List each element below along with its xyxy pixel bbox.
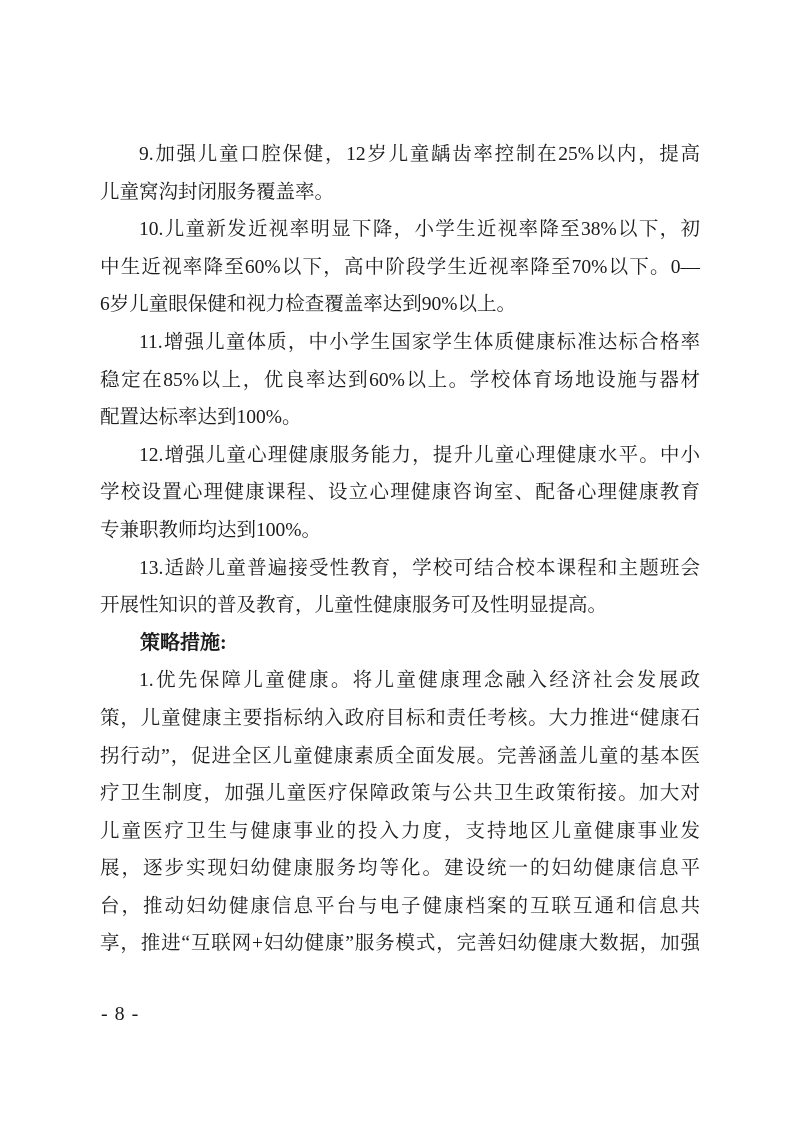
text-line: 9.加强儿童口腔保健，12岁儿童龋齿率控制在25%以内，提高 [100, 136, 700, 174]
text-line: 开展性知识的普及教育，儿童性健康服务可及性明显提高。 [100, 587, 700, 625]
text-line: 配置达标率达到100%。 [100, 399, 700, 437]
text-line: 展，逐步实现妇幼健康服务均等化。建设统一的妇幼健康信息平 [100, 850, 700, 888]
text-line: 享，推进“互联网+妇幼健康”服务模式，完善妇幼健康大数据，加强 [100, 925, 700, 963]
text-line: 专兼职教师均达到100%。 [100, 512, 700, 550]
paragraph: 9.加强儿童口腔保健，12岁儿童龋齿率控制在25%以内，提高儿童窝沟封闭服务覆盖… [100, 136, 700, 211]
page-number: - 8 - [101, 999, 139, 1029]
paragraph: 11.增强儿童体质，中小学生国家学生体质健康标准达标合格率稳定在85%以上，优良… [100, 324, 700, 437]
paragraph: 10.儿童新发近视率明显下降，小学生近视率降至38%以下，初中生近视率降至60%… [100, 211, 700, 324]
text-line: 6岁儿童眼保健和视力检查覆盖率达到90%以上。 [100, 286, 700, 324]
text-line: 中生近视率降至60%以下，高中阶段学生近视率降至70%以下。0— [100, 249, 700, 287]
text-line: 儿童窝沟封闭服务覆盖率。 [100, 174, 700, 212]
text-line: 策，儿童健康主要指标纳入政府目标和责任考核。大力推进“健康石 [100, 700, 700, 738]
paragraph: 13.适龄儿童普遍接受性教育，学校可结合校本课程和主题班会开展性知识的普及教育，… [100, 550, 700, 625]
text-line: 学校设置心理健康课程、设立心理健康咨询室、配备心理健康教育 [100, 474, 700, 512]
text-line: 疗卫生制度，加强儿童医疗保障政策与公共卫生政策衔接。加大对 [100, 775, 700, 813]
text-line: 拐行动”，促进全区儿童健康素质全面发展。完善涵盖儿童的基本医 [100, 738, 700, 776]
text-line: 台，推动妇幼健康信息平台与电子健康档案的互联互通和信息共 [100, 888, 700, 926]
section-heading: 策略措施: [100, 625, 700, 663]
text-line: 稳定在85%以上，优良率达到60%以上。学校体育场地设施与器材 [100, 362, 700, 400]
text-line: 策略措施: [100, 625, 700, 663]
text-line: 10.儿童新发近视率明显下降，小学生近视率降至38%以下，初 [100, 211, 700, 249]
text-line: 11.增强儿童体质，中小学生国家学生体质健康标准达标合格率 [100, 324, 700, 362]
paragraph: 12.增强儿童心理健康服务能力，提升儿童心理健康水平。中小学校设置心理健康课程、… [100, 437, 700, 550]
paragraph: 1.优先保障儿童健康。将儿童健康理念融入经济社会发展政策，儿童健康主要指标纳入政… [100, 662, 700, 963]
text-line: 12.增强儿童心理健康服务能力，提升儿童心理健康水平。中小 [100, 437, 700, 475]
document-page: 9.加强儿童口腔保健，12岁儿童龋齿率控制在25%以内，提高儿童窝沟封闭服务覆盖… [0, 0, 794, 1122]
text-line: 1.优先保障儿童健康。将儿童健康理念融入经济社会发展政 [100, 662, 700, 700]
text-line: 13.适龄儿童普遍接受性教育，学校可结合校本课程和主题班会 [100, 550, 700, 588]
text-content: 9.加强儿童口腔保健，12岁儿童龋齿率控制在25%以内，提高儿童窝沟封闭服务覆盖… [100, 136, 700, 963]
text-line: 儿童医疗卫生与健康事业的投入力度，支持地区儿童健康事业发 [100, 813, 700, 851]
